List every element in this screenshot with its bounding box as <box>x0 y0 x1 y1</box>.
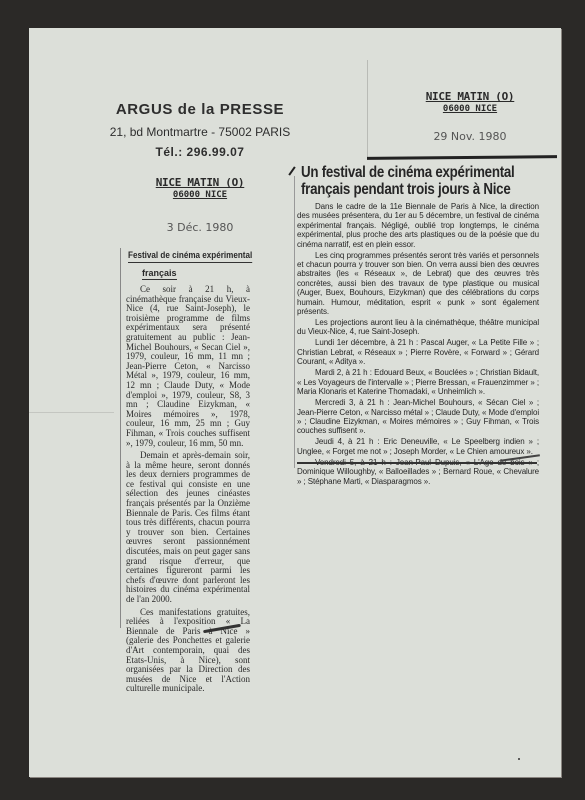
clipping-edge-line <box>367 60 368 158</box>
article-paragraph: Ce soir à 21 h, à cinémathèque française… <box>126 285 250 448</box>
article-paragraph: Ces manifestations gratuites, reliées à … <box>126 608 250 694</box>
dust-speck <box>518 758 520 760</box>
article-title-line2: français <box>142 268 177 280</box>
article-paragraph: Les projections auront lieu à la cinémat… <box>297 318 539 337</box>
clipping-cut-edge <box>120 248 121 628</box>
stamp-paper-name: NICE MATIN (O) <box>140 176 260 189</box>
stamp-paper-name: NICE MATIN (O) <box>410 90 530 103</box>
stamp-date: 3 Déc. 1980 <box>140 221 260 234</box>
article-paragraph: Mercredi 3, à 21 h : Jean-Michel Bouhour… <box>297 398 539 436</box>
article-clipping-right: Un festival de cinéma expérimental franç… <box>297 164 539 470</box>
stamp-city: 06000 NICE <box>410 104 530 114</box>
agency-name: ARGUS de la PRESSE <box>100 101 300 118</box>
stamp-city: 06000 NICE <box>140 190 260 200</box>
newspaper-stamp-right: NICE MATIN (O) 06000 NICE 29 Nov. 1980 <box>410 90 530 143</box>
article-paragraph: Mardi 2, à 21 h : Edouard Beux, « Bouclé… <box>297 368 539 396</box>
article-paragraph: Jeudi 4, à 21 h : Eric Deneuville, « Le … <box>297 437 539 456</box>
article-paragraph: Demain et après-demain soir, à la même h… <box>126 451 250 605</box>
stamp-date: 29 Nov. 1980 <box>410 130 530 143</box>
article-title: Festival de cinéma expérimental <box>128 250 252 263</box>
article-bottom-rule <box>297 462 537 464</box>
agency-address: 21, bd Montmartre - 75002 PARIS <box>100 125 300 139</box>
clipping-cut-edge <box>294 176 295 468</box>
article-paragraph: Les cinq programmes présentés seront trè… <box>297 251 539 317</box>
article-headline: Un festival de cinéma expérimental franç… <box>301 164 533 198</box>
fold-line <box>29 412 114 413</box>
agency-header: ARGUS de la PRESSE 21, bd Montmartre - 7… <box>100 101 300 159</box>
article-clipping-left: Festival de cinéma expérimental français… <box>126 245 250 697</box>
article-paragraph: Lundi 1er décembre, à 21 h : Pascal Auge… <box>297 338 539 366</box>
article-paragraph: Dans le cadre de la 11e Biennale de Pari… <box>297 202 539 249</box>
newspaper-stamp-left: NICE MATIN (O) 06000 NICE 3 Déc. 1980 <box>140 176 260 234</box>
agency-phone: Tél.: 296.99.07 <box>100 145 300 159</box>
